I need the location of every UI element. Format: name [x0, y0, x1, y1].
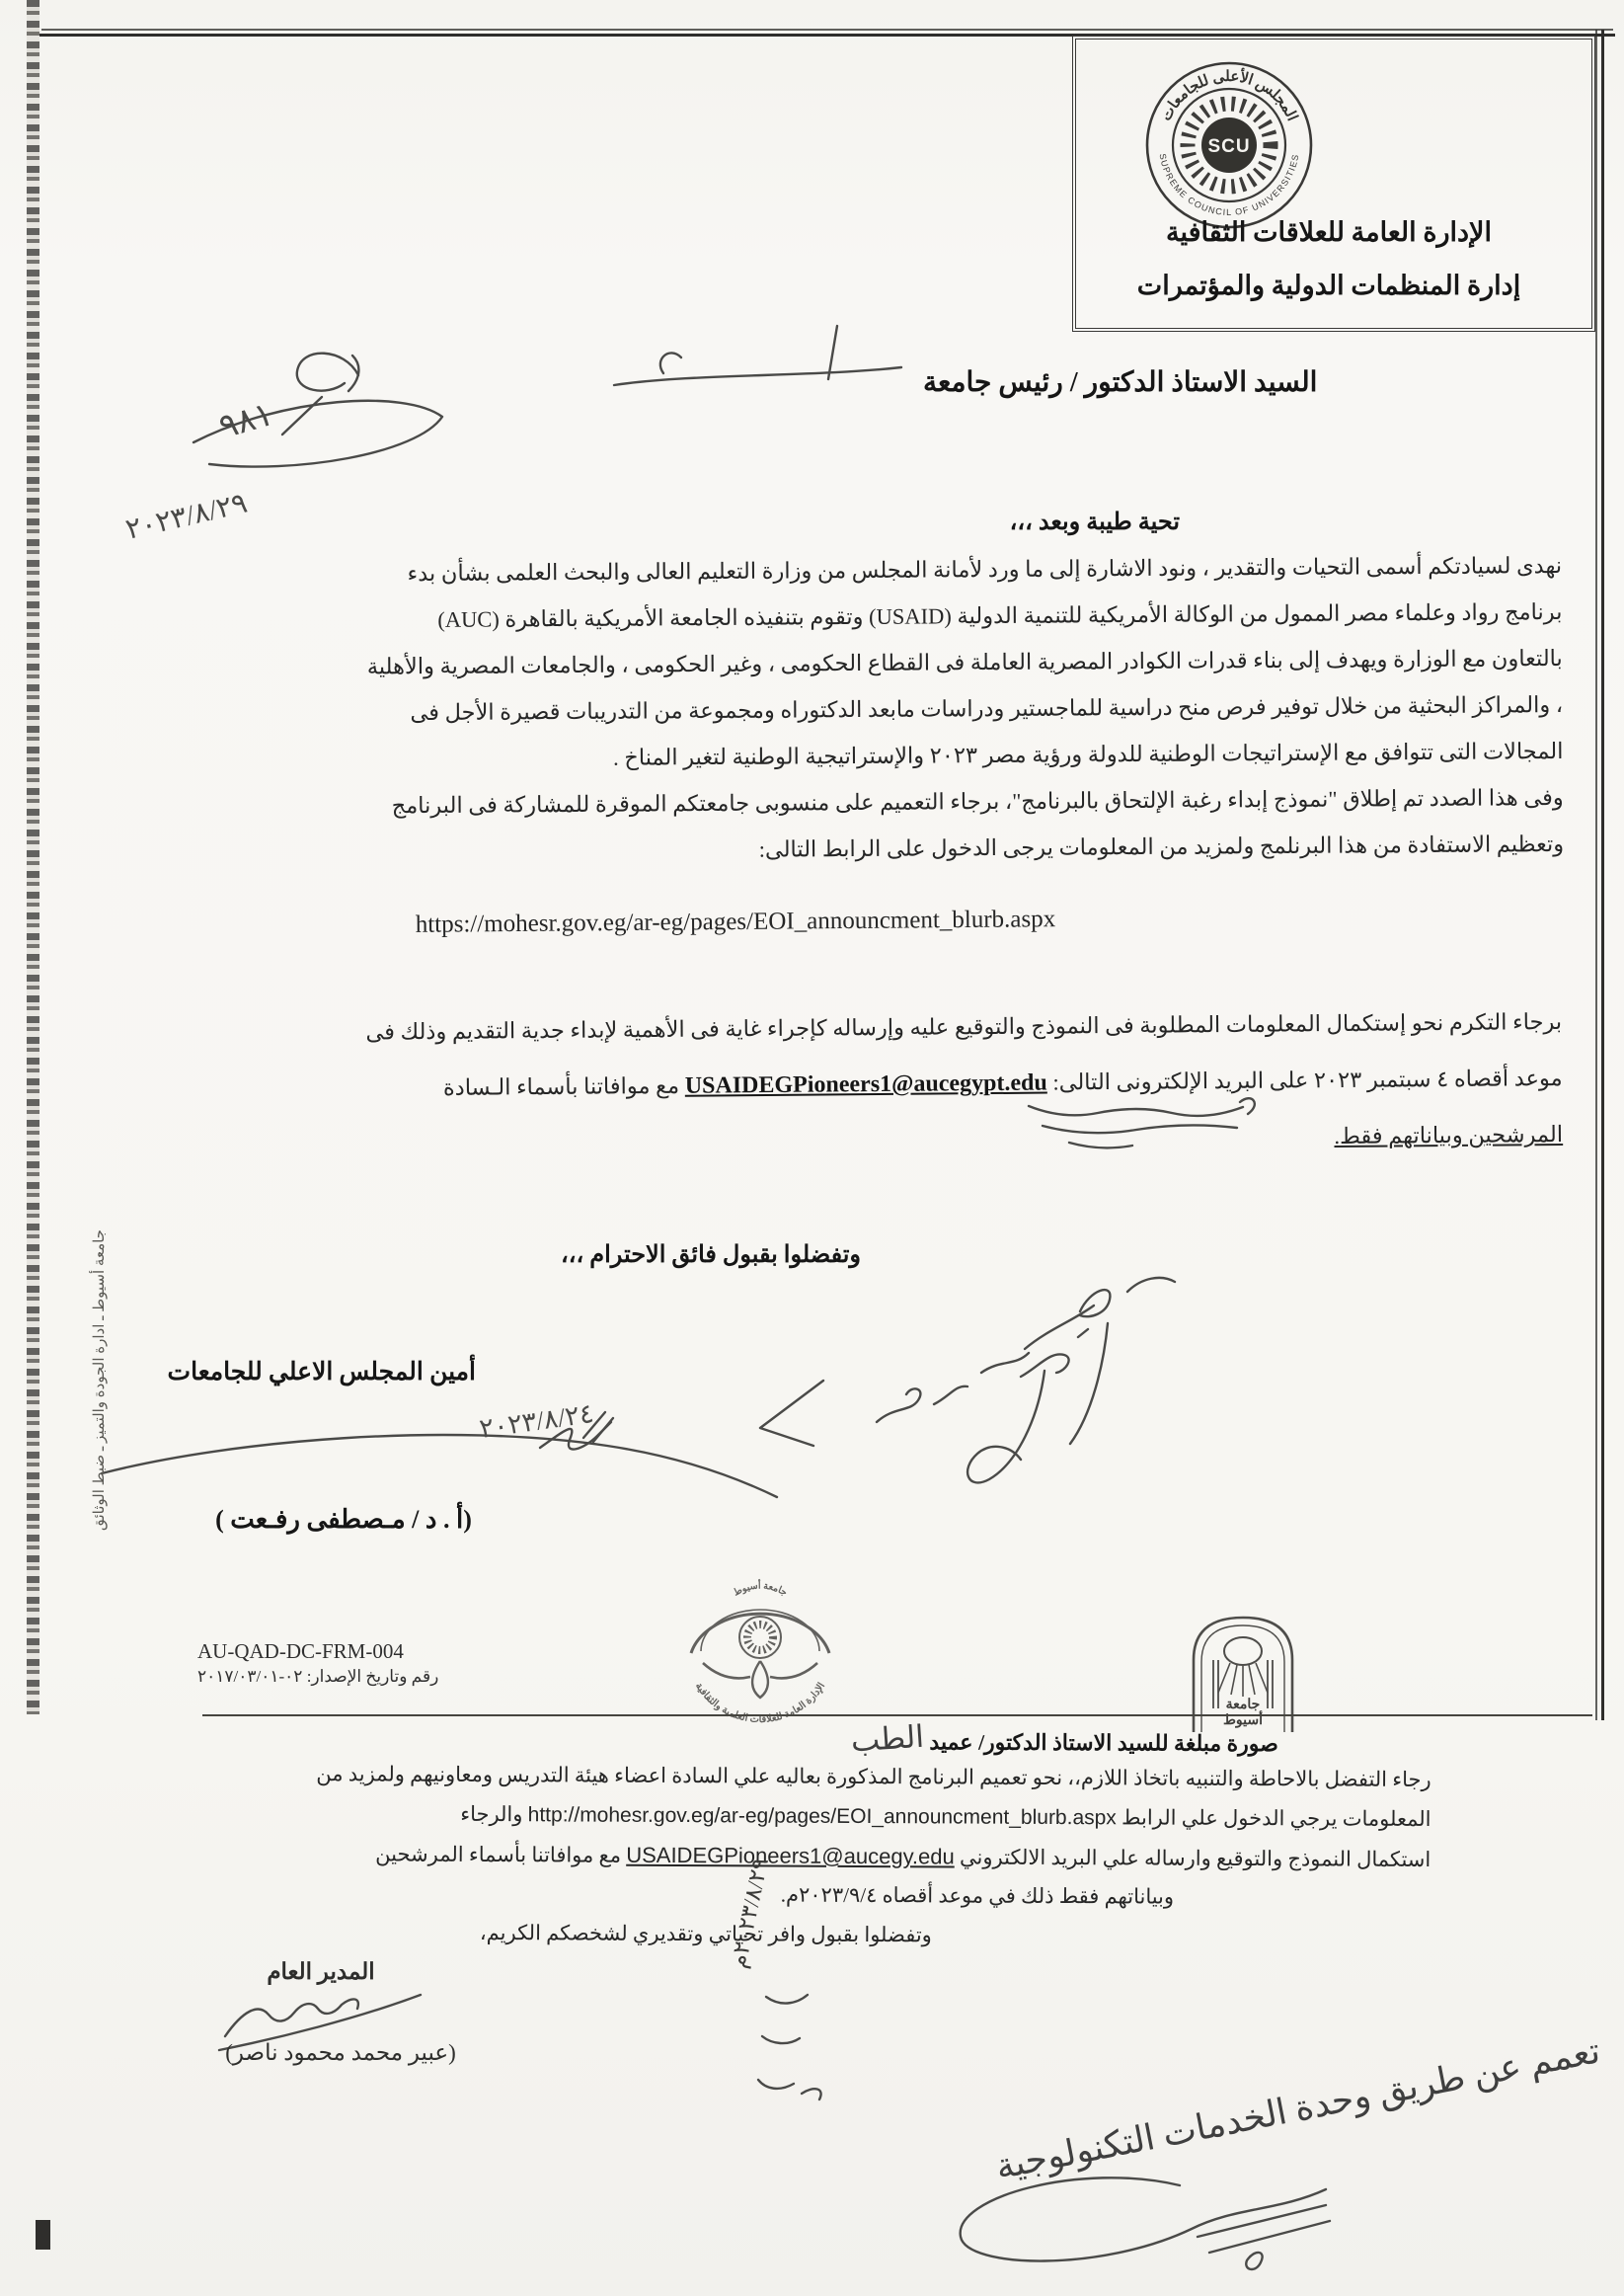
footer-line3-pre: استكمال النموذج والتوقيع وارساله علي الب…	[960, 1845, 1431, 1870]
body1-line7: وتعظيم الاستفادة من هذا البرنلمج ولمزيد …	[71, 831, 1564, 889]
top-border-line-thin	[41, 29, 1613, 31]
copy-to-line: صورة مبلغة للسيد الاستاذ الدكتور/ عميد ا…	[138, 1717, 1431, 1768]
secretary-name: (أ . د / مـصطفى رفـعت )	[186, 1505, 502, 1535]
body2-line3: المرشحين وبياناتهم فقط.	[70, 1122, 1563, 1191]
scan-artifact-square	[36, 2220, 50, 2250]
form-issue-line: رقم وتاريخ الإصدار: ٠٢-٢٠١٧/٠٣/٠١	[197, 1667, 438, 1687]
header-dept-line2: إدارة المنظمات الدولية والمؤتمرات	[1076, 271, 1582, 301]
recipient-handwritten-university	[600, 316, 926, 410]
copy-to-handwritten: الطب	[850, 1719, 925, 1760]
footer-divider-line	[202, 1714, 1592, 1716]
assiut-university-stamp: جامعة أسيوط	[1183, 1606, 1303, 1736]
recipient-line: السيد الاستاذ الدكتور / رئيس جامعة	[923, 365, 1338, 399]
copy-to-typed: صورة مبلغة للسيد الاستاذ الدكتور/ عميد	[929, 1729, 1278, 1756]
left-binding-strip	[27, 0, 39, 1714]
footer-text-block: صورة مبلغة للسيد الاستاذ الدكتور/ عميد ا…	[137, 1717, 1431, 1965]
footer-url: http://mohesr.gov.eg/ar-eg/pages/EOI_ann…	[528, 1803, 1117, 1829]
header-dept-line1: الإدارة العامة للعلاقات الثقافية	[1076, 217, 1582, 248]
handwritten-ref-date: ٢٠٢٣/٨/٢٩	[122, 487, 250, 545]
handwritten-ref-scribble: ٩٨١ ٢٠٢٣/٨/٢٩	[77, 314, 492, 591]
handwritten-approval-note	[729, 1252, 1242, 1548]
secretary-signature: ٢٠٢٣/٨/٢٤	[94, 1394, 785, 1523]
scu-seal-logo: SCU المجلس الأعلى للجامعات SUPREME COUNC…	[1135, 51, 1323, 239]
technology-unit-signature	[884, 2168, 1348, 2291]
footer-line2: المعلومات يرجي الدخول علي الرابط http://…	[137, 1800, 1431, 1847]
director-name: (عبير محمد محمود ناصر)	[193, 2040, 489, 2066]
handwritten-initials-scribble	[733, 1975, 841, 2123]
right-border-line-thin	[1595, 30, 1597, 1720]
handwritten-ref-number: ٩٨١	[215, 396, 277, 446]
scu-ring-arabic: المجلس الأعلى للجامعات	[1158, 67, 1299, 123]
body-paragraph-1: نهدى لسيادتكم أسمى التحيات والتقدير ، ون…	[69, 553, 1564, 889]
footer-line1: رجاء التفضل بالاحاطة والتنبيه باتخاذ الل…	[138, 1761, 1431, 1807]
scu-abbr: SCU	[1207, 136, 1250, 157]
contact-email: USAIDEGPioneers1@aucegypt.edu	[685, 1070, 1047, 1099]
body-paragraph-2: برجاء التكرم نحو إستكمال المعلومات المطل…	[69, 1009, 1563, 1191]
program-link-url: https://mohesr.gov.eg/ar-eg/pages/EOI_an…	[286, 905, 1185, 940]
secretary-title: أمين المجلس الاعلي للجامعات	[180, 1357, 476, 1386]
svg-text:جامعة أسيوط: جامعة أسيوط	[732, 1579, 789, 1599]
salutation: تحية طيبة وبعد ،،،	[987, 508, 1180, 536]
footer-line3-post: مع موافاتنا بأسماء المرشحين	[375, 1842, 621, 1866]
footer-closing: وتفضلوا بقبول وافر تحياتي وتقديري لشخصكم…	[137, 1919, 1431, 1965]
center-stamp-ring-text: الإدارة العامة للعلاقات العلمية والثقافي…	[693, 1681, 827, 1725]
deadline-underline-scribble	[1015, 1086, 1281, 1160]
scanned-letter-page: SCU المجلس الأعلى للجامعات SUPREME COUNC…	[0, 0, 1624, 2296]
svg-text:الإدارة العامة للعلاقات العلمي: الإدارة العامة للعلاقات العلمية والثقافي…	[693, 1681, 827, 1725]
cultural-relations-stamp: جامعة أسيوط الإدارة العامة للعلاقات العل…	[669, 1562, 852, 1715]
center-stamp-top-text: جامعة أسيوط	[732, 1579, 789, 1599]
assiut-stamp-word1: جامعة	[1226, 1698, 1261, 1712]
svg-text:المجلس الأعلى للجامعات: المجلس الأعلى للجامعات	[1158, 67, 1299, 123]
body2-line2-post: مع موافاتنا بأسماء الـسادة	[443, 1073, 679, 1100]
right-border-line	[1601, 30, 1604, 1720]
form-code: AU-QAD-DC-FRM-004	[197, 1639, 404, 1664]
footer-line3: استكمال النموذج والتوقيع وارساله علي الب…	[137, 1840, 1431, 1886]
side-vertical-text: جامعة أسيوط ـ ادارة الجودة والتميز ـ ضبط…	[91, 1229, 109, 2049]
footer-line2-pre: المعلومات يرجي الدخول علي الرابط	[1121, 1805, 1431, 1831]
footer-line2-post: والرجاء	[460, 1802, 522, 1826]
footer-email: USAIDEGPioneers1@aucegy.edu	[626, 1843, 955, 1869]
footer-line4: وبياناتهم فقط ذلك في موعد أقصاه ٢٠٢٣/٩/٤…	[137, 1879, 1431, 1926]
